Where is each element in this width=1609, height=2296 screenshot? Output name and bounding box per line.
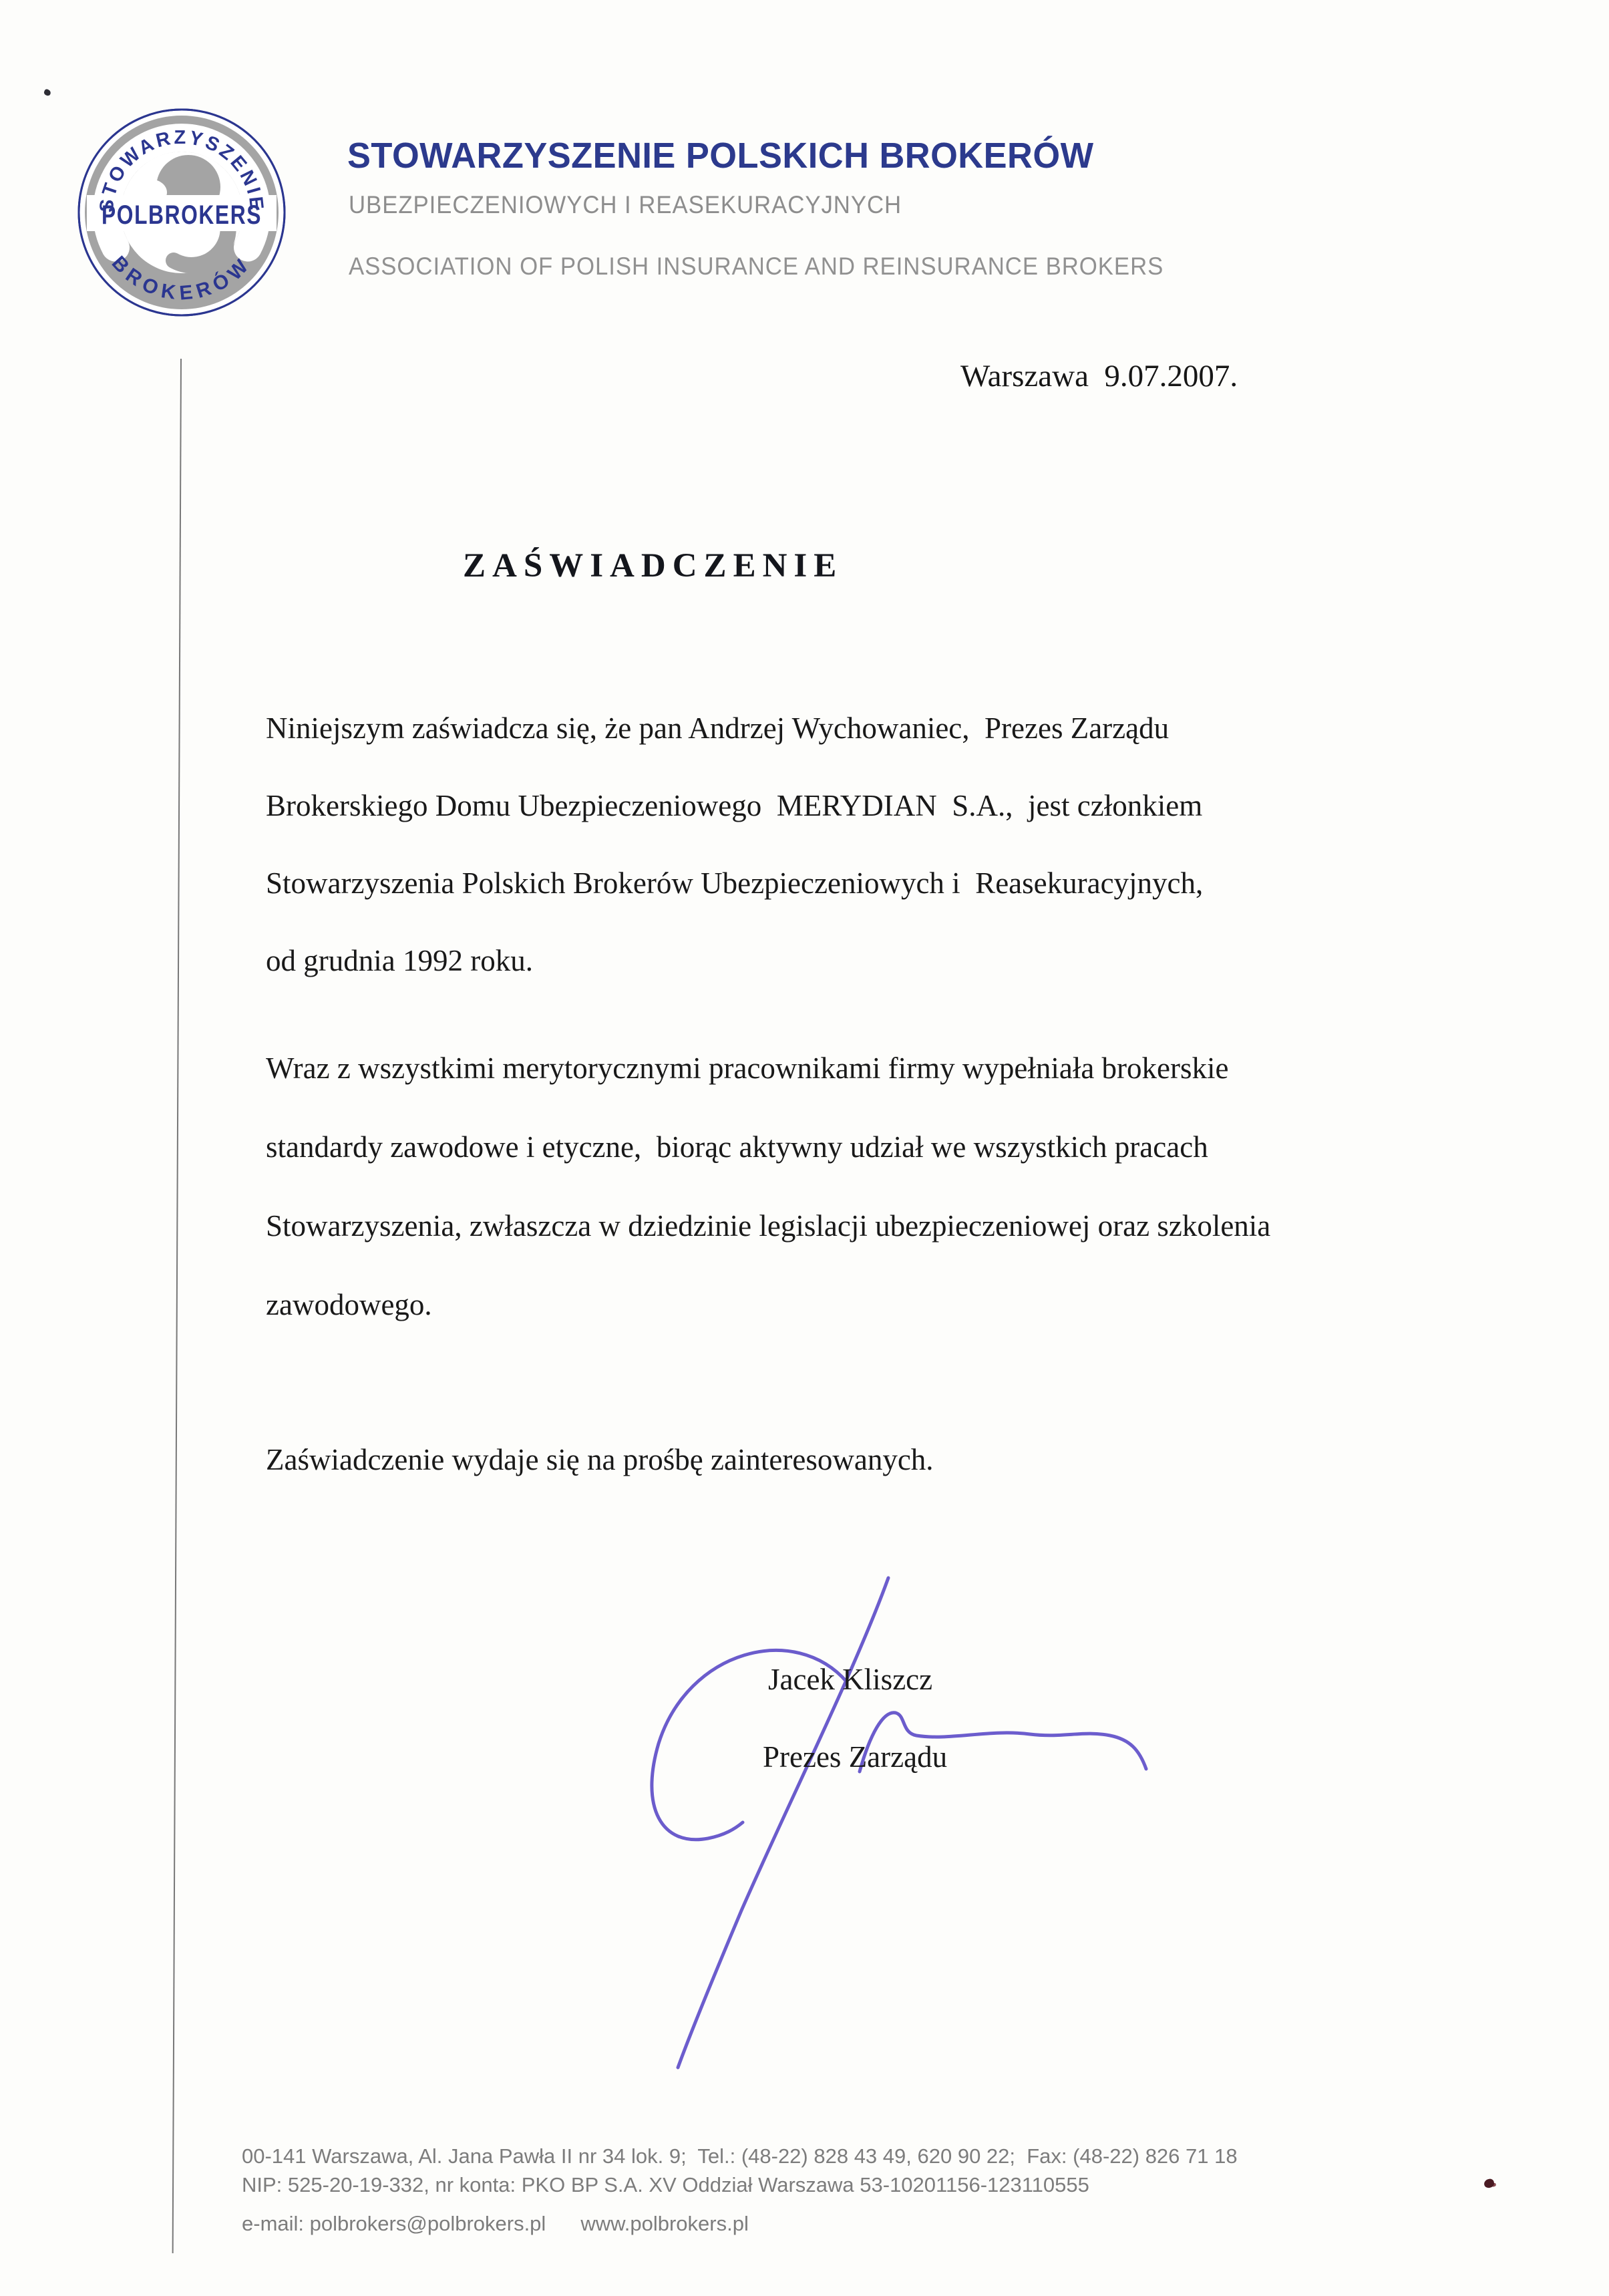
paragraph-standards: Wraz z wszystkimi merytorycznymi pracown…: [266, 1029, 1415, 1344]
document-title: ZAŚWIADCZENIE: [463, 546, 843, 585]
signatory-role: Prezes Zarządu: [763, 1740, 947, 1774]
body-line: Wraz z wszystkimi merytorycznymi pracown…: [266, 1029, 1415, 1108]
org-name-polish-subline: UBEZPIECZENIOWYCH I REASEKURACYJNYCH: [349, 191, 902, 219]
handwritten-signature: [601, 1536, 1202, 2108]
body-line: Zaświadczenie wydaje się na prośbę zaint…: [266, 1420, 1268, 1499]
letter-page: STOWARZYSZENIE BROKERÓW POLBROKERS STOWA…: [0, 0, 1609, 2296]
body-line: Niniejszym zaświadcza się, że pan Andrze…: [266, 689, 1401, 767]
footer-website: www.polbrokers.pl: [580, 2212, 749, 2235]
paragraph-membership: Niniejszym zaświadcza się, że pan Andrze…: [266, 689, 1401, 999]
body-line: Brokerskiego Domu Ubezpieczeniowego MERY…: [266, 767, 1401, 844]
footer-nip-account: NIP: 525-20-19-332, nr konta: PKO BP S.A…: [242, 2173, 1089, 2197]
org-name-polish: STOWARZYSZENIE POLSKICH BROKERÓW: [347, 135, 1094, 176]
footer-address-phone: 00-141 Warszawa, Al. Jana Pawła II nr 34…: [242, 2144, 1238, 2168]
body-line: zawodowego.: [266, 1265, 1415, 1344]
body-line: Stowarzyszenia, zwłaszcza w dziedzinie l…: [266, 1186, 1415, 1265]
paragraph-issuance: Zaświadczenie wydaje się na prośbę zaint…: [266, 1420, 1268, 1499]
body-line: standardy zawodowe i etyczne, biorąc akt…: [266, 1108, 1415, 1186]
org-name-english: ASSOCIATION OF POLISH INSURANCE AND REIN…: [349, 253, 1164, 281]
margin-rule: [172, 359, 182, 2253]
body-line: od grudnia 1992 roku.: [266, 922, 1401, 999]
dateline: Warszawa 9.07.2007.: [960, 358, 1238, 394]
organization-seal: STOWARZYSZENIE BROKERÓW POLBROKERS: [75, 106, 289, 319]
seal-graphic: STOWARZYSZENIE BROKERÓW POLBROKERS: [75, 106, 289, 319]
body-line: Stowarzyszenia Polskich Brokerów Ubezpie…: [266, 844, 1401, 922]
scan-speck-red: [1483, 2178, 1495, 2188]
footer-contact-web: e-mail: polbrokers@polbrokers.plwww.polb…: [242, 2212, 749, 2236]
scan-speck: [43, 88, 52, 96]
seal-middle-text: POLBROKERS: [102, 200, 262, 230]
signatory-name: Jacek Kliszcz: [768, 1662, 932, 1697]
footer-email: e-mail: polbrokers@polbrokers.pl: [242, 2212, 546, 2236]
